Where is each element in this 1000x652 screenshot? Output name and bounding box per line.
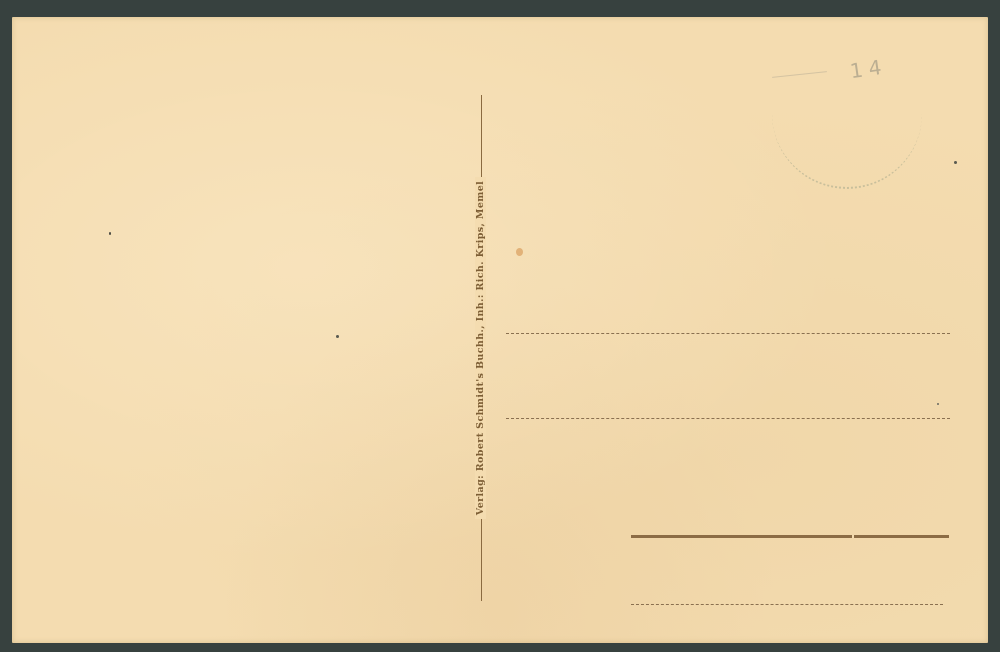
publisher-imprint-text: Verlag: Robert Schmidt's Buchh., Inh.: R… xyxy=(475,177,486,519)
publisher-imprint: Verlag: Robert Schmidt's Buchh., Inh.: R… xyxy=(474,138,488,558)
address-line-2 xyxy=(506,418,950,419)
stain-spot xyxy=(516,248,523,256)
address-line-4 xyxy=(631,604,943,605)
pencil-note: 1 4 xyxy=(848,55,884,83)
faded-stamp-outline xyxy=(772,87,922,189)
address-line-1 xyxy=(506,333,950,334)
foxing-spot xyxy=(937,403,939,405)
foxing-spot xyxy=(109,232,111,235)
pencil-dash-mark xyxy=(772,71,827,78)
address-line-3 xyxy=(631,535,949,538)
foxing-spot xyxy=(954,161,957,164)
rule-gap xyxy=(852,535,854,538)
postcard-back: 1 4 Verlag: Robert Schmidt's Buchh., Inh… xyxy=(12,17,988,643)
foxing-spot xyxy=(336,335,339,338)
